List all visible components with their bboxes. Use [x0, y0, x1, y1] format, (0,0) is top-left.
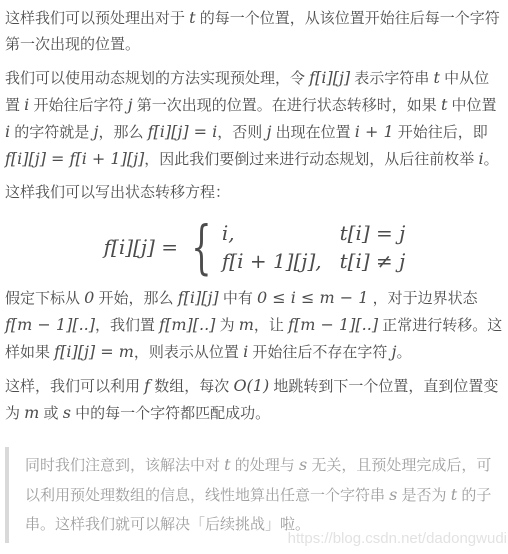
inline-math: f[m − 1][..]: [5, 315, 95, 334]
text-run: 中有: [219, 290, 257, 307]
text-run: 是否为: [397, 487, 450, 504]
text-run: 为: [215, 317, 238, 334]
note-blockquote: 同时我们注意到，该解法中对 t 的处理与 s 无关，且预处理完成后，可以利用预处…: [5, 447, 504, 543]
text-run: 同时我们注意到，该解法中对: [25, 457, 224, 474]
case-value: f[i + 1][j],: [222, 247, 322, 275]
text-run: 开始往后不存在字符: [248, 344, 391, 361]
text-run: 表示字符串: [350, 70, 433, 87]
blockquote-text: 同时我们注意到，该解法中对 t 的处理与 s 无关，且预处理完成后，可以利用预处…: [25, 450, 504, 539]
inline-math: f[m − 1][..]: [288, 315, 378, 334]
cases-brace-glyph: {: [191, 218, 211, 276]
inline-math: s: [299, 455, 307, 474]
inline-math: s: [63, 403, 71, 422]
text-run: ，则表示从位置: [134, 344, 243, 361]
text-run: 中位置: [447, 97, 496, 114]
text-run: 中的每一个字符都匹配成功。: [71, 405, 270, 422]
inline-math: f[i][j]: [309, 68, 350, 87]
text-run: 这样我们可以预处理出对于: [5, 10, 189, 27]
text-run: 开始，那么: [94, 290, 177, 307]
inline-math: i + 1: [355, 122, 394, 141]
inline-math: O(1): [233, 376, 269, 395]
paragraph-boundary-states: 假定下标从 0 开始，那么 f[i][j] 中有 0 ≤ i ≤ m − 1 ，…: [5, 285, 504, 366]
text-run: 这样，我们可以利用: [5, 378, 144, 395]
paragraph-transition-lead-in: 这样我们可以写出状态转移方程：: [5, 180, 504, 206]
text-run: 。: [484, 151, 499, 168]
text-run: ，对于边界状态: [368, 290, 477, 307]
case-condition: t[i] = j: [340, 219, 406, 247]
case-value: i,: [222, 219, 322, 247]
text-run: 或: [39, 405, 62, 422]
state-transition-equation: f[i][j] = { i, t[i] = j f[i + 1][j], t[i…: [5, 218, 504, 276]
formula-lhs: f[i][j] =: [104, 235, 178, 259]
text-run: 的字符就是: [10, 124, 93, 141]
text-run: 出现在位置: [271, 124, 354, 141]
inline-math: f[i][j] = i: [148, 122, 218, 141]
cases-grid: i, t[i] = j f[i + 1][j], t[i] ≠ j: [222, 219, 405, 275]
text-run: 我们可以使用动态规划的方法实现预处理，令: [5, 70, 309, 87]
article-content: 这样我们可以预处理出对于 t 的每一个位置，从该位置开始往后每一个字符第一次出现…: [0, 0, 508, 543]
paragraph-preprocess-intro: 这样我们可以预处理出对于 t 的每一个位置，从该位置开始往后每一个字符第一次出现…: [5, 5, 504, 58]
inline-math: f[m][..]: [159, 315, 215, 334]
inline-math: m: [239, 315, 254, 334]
text-run: ，因此我们要倒过来进行动态规划，从后往前枚举: [144, 151, 478, 168]
case-condition: t[i] ≠ j: [340, 247, 406, 275]
text-run: 假定下标从: [5, 290, 84, 307]
text-run: 开始往后字符: [29, 97, 127, 114]
paragraph-dp-definition: 我们可以使用动态规划的方法实现预处理，令 f[i][j] 表示字符串 t 中从位…: [5, 65, 504, 173]
text-run: ，否则: [217, 124, 266, 141]
inline-math: 0 ≤ i ≤ m − 1: [257, 288, 368, 307]
page: { "colors": { "background": "#ffffff", "…: [0, 0, 508, 554]
inline-math: m: [24, 403, 39, 422]
text-run: ，那么: [98, 124, 147, 141]
paragraph-jump-usage: 这样，我们可以利用 f 数组，每次 O(1) 地跳转到下一个位置，直到位置变为 …: [5, 373, 504, 427]
text-run: ，让: [254, 317, 288, 334]
text-run: 。: [397, 344, 412, 361]
inline-math: f[i][j] = m: [54, 342, 134, 361]
inline-math: 0: [84, 288, 94, 307]
text-run: ，我们置: [95, 317, 159, 334]
inline-math: f[i][j]: [178, 288, 219, 307]
text-run: 数组，每次: [150, 378, 233, 395]
text-run: 的处理与: [231, 457, 299, 474]
text-run: 第一次出现的位置。在进行状态转移时，如果: [133, 97, 441, 114]
text-run: 开始往后，即: [394, 124, 488, 141]
text-run: 这样我们可以写出状态转移方程：: [5, 184, 230, 201]
inline-math: f[i][j] = f[i + 1][j]: [5, 149, 144, 168]
